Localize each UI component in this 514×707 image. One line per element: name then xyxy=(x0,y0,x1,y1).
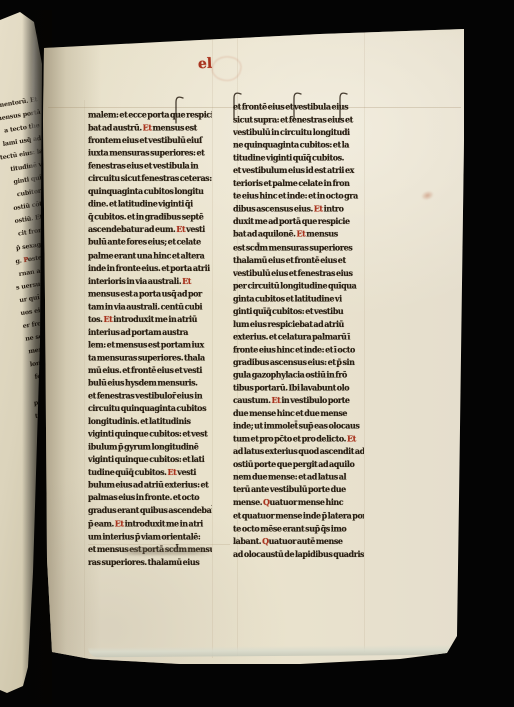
text-line: bulū ante fores eius; et celate xyxy=(88,236,212,249)
text-line: inde in fronte eius. et porta atrii xyxy=(88,261,212,274)
text-line: fronte eius hinc et inde: et ī octo xyxy=(233,343,364,356)
text-line: gradibus ascensus eius: et p̄ sin xyxy=(233,355,364,368)
running-title-fragment: el xyxy=(198,56,213,72)
text-line: vestibulū in circuitu longitudi xyxy=(233,126,364,139)
text-line: mense. Quatuor mense hinc xyxy=(233,496,364,509)
text-line: sicut supra: et fenestras eius et xyxy=(233,113,364,126)
text-line: tos. Et introduxit me in atriū xyxy=(88,312,212,325)
text-line: circuitu sicut fenestras ceteras: xyxy=(88,172,212,185)
text-line: ginti quīq̄ cubitos: et vestibu xyxy=(233,304,364,317)
text-line: thalamū eius et frontē eius et xyxy=(233,253,364,266)
text-line: terū ante vestibulū porte due xyxy=(233,483,364,496)
text-line: et quatuor mense inde p̄ latera por xyxy=(233,509,364,522)
text-line: ta mensuras superiores. thala xyxy=(88,351,212,364)
text-line: frontem eius et vestibulū eiuſ xyxy=(88,134,212,147)
text-line: palme erant una hinc et altera xyxy=(88,248,212,261)
text-line: um interius p̄ viam orientalē: xyxy=(88,529,212,542)
text-line: quinquaginta cubitos longitu xyxy=(88,185,212,198)
text-line: inde; ut immolet̄ sup̄ eas olocaus xyxy=(233,419,364,432)
text-line: ad latus exterius quod ascendit ad xyxy=(233,445,364,458)
text-line: lum eius respiciebat ad atriū xyxy=(233,317,364,330)
text-line: bulum eius ad atriū exterius: et xyxy=(88,478,212,491)
text-line: exterius. et celatura palmarū ī xyxy=(233,330,364,343)
text-line: lem: et mensus est portam iux xyxy=(88,338,212,351)
text-line: dine. et latitudine viginti q̄i xyxy=(88,197,212,210)
text-line: bat ad aquilonē. Et mensus xyxy=(233,228,364,241)
text-line: labant. Quatuor autē mense xyxy=(233,534,364,547)
faded-inscription xyxy=(120,548,212,555)
text-line: p̄ eam. Et introduxit me in atri xyxy=(88,517,212,530)
text-line: ibulum p̄ gyrum longitudinē xyxy=(88,440,212,453)
text-line: terioris et palme celate in fron xyxy=(233,177,364,190)
text-line: titudine viginti quīq̄ cubitos. xyxy=(233,151,364,164)
red-margin-smudge xyxy=(420,189,435,202)
ruling-line xyxy=(212,34,213,658)
text-line: mensus est a porta usq̄ ad por xyxy=(88,287,212,300)
text-line: interioris in via australi. Et xyxy=(88,274,212,287)
text-line: nem due mense: et ad latus al xyxy=(233,470,364,483)
text-line: ginta cubitos et latitudine vi xyxy=(233,292,364,305)
text-line: tum et pro pc̄to et pro delicto. Et xyxy=(233,432,364,445)
text-line: et vestibulum eius id est atrii ex xyxy=(233,164,364,177)
text-line: caustum. Et in vestibulo porte xyxy=(233,394,364,407)
text-line: circuitu quinquaginta cubitos xyxy=(88,402,212,415)
text-line: malem: et ecce porta que respicie xyxy=(88,108,212,121)
text-line: ad olocaustū de lapidibus quadris xyxy=(233,547,364,560)
manuscript-photo: amentorū. Etmensus portāa tecto thelami … xyxy=(0,0,514,707)
text-line: dibus ascensus eius. Et intro xyxy=(233,202,364,215)
text-line: bulū eius hysdem mensuris. xyxy=(88,376,212,389)
ruling-line xyxy=(84,100,85,658)
text-line: tam in via australi. centū cubi xyxy=(88,300,212,313)
text-line: vestibulū eius et fenestras eius xyxy=(233,266,364,279)
text-line: et frontē eius et vestibula eius xyxy=(233,100,364,113)
text-line: per circuitū longitudine quīqua xyxy=(233,279,364,292)
left-text-column: malem: et ecce porta que respiciebat ad … xyxy=(88,108,212,568)
text-line: viginti quinque cubitos: et vest xyxy=(88,427,212,440)
right-text-column: et frontē eius et vestibula eiussicut su… xyxy=(233,100,364,560)
text-line: bat ad austrū. Et mensus est xyxy=(88,121,212,134)
text-line: ras superiores. thalamū eius xyxy=(88,555,212,568)
text-line: ne quinquaginta cubitos: et la xyxy=(233,138,364,151)
text-line: interius ad portam austra xyxy=(88,325,212,338)
text-line: tibus portarū. Ibi lavabunt olo xyxy=(233,381,364,394)
text-line: q̄ cubitos. et in gradibus septē xyxy=(88,210,212,223)
text-line: et fenestras vestibulor̄ eius in xyxy=(88,389,212,402)
text-line: palmas eius in fronte. et octo xyxy=(88,491,212,504)
manuscript-page: el malem: et ecce porta que respiciebat … xyxy=(0,0,514,707)
fore-edge-of-underlying-leaves xyxy=(88,645,450,658)
text-line: te eius hinc et inde: et in octo gra xyxy=(233,189,364,202)
text-line: iuxta mensuras superiores: et xyxy=(88,146,212,159)
text-line: due mense hinc et due mense xyxy=(233,406,364,419)
text-line: viginti quinque cubitos: et lati xyxy=(88,453,212,466)
text-line: duxit me ad portā que respicie xyxy=(233,215,364,228)
text-line: te octo mēse erant sup̄ q̄s imo xyxy=(233,521,364,534)
text-line: longitudinis. et latitudinis xyxy=(88,414,212,427)
text-line: mū eius. et frontē eius et vesti xyxy=(88,363,212,376)
text-line: gradus erant quibus ascendebat̄ xyxy=(88,504,212,517)
text-line: ostiū porte que pergit ad aquilo xyxy=(233,458,364,471)
text-line: tudine quīq̄ cubitos. Et vesti xyxy=(88,466,212,479)
text-line: gula gazophylacia ostiū in frō xyxy=(233,368,364,381)
text-line: ascendebatur ad eum. Et vesti xyxy=(88,223,212,236)
text-line: fenestras eius et vestibula in xyxy=(88,159,212,172)
faint-marginal-sketch-icon xyxy=(209,53,243,84)
ruling-line xyxy=(364,32,365,652)
text-line: est scd̄m mensuras superiores xyxy=(233,240,364,253)
